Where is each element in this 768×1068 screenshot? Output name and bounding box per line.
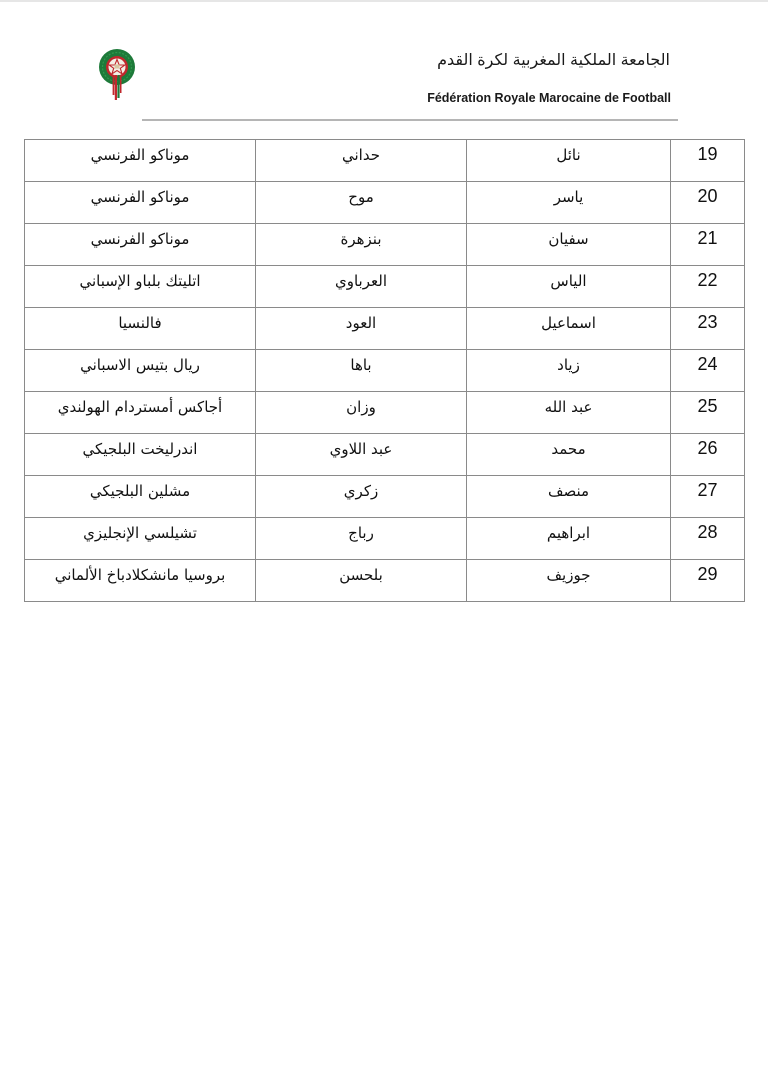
first-name-cell: ياسر bbox=[467, 182, 671, 224]
federation-title-arabic: الجامعة الملكية المغربية لكرة القدم bbox=[437, 50, 670, 70]
club-cell: بروسيا مانشكلادباخ الألماني bbox=[25, 560, 256, 602]
first-name-cell: ابراهيم bbox=[467, 518, 671, 560]
table-row: بروسيا مانشكلادباخ الألماني بلحسن جوزيف … bbox=[25, 560, 745, 602]
first-name-cell: محمد bbox=[467, 434, 671, 476]
number-cell: 23 bbox=[671, 308, 745, 350]
table-row: فالنسيا العود اسماعيل 23 bbox=[25, 308, 745, 350]
last-name-cell: رباج bbox=[256, 518, 467, 560]
last-name-cell: بلحسن bbox=[256, 560, 467, 602]
club-cell: موناكو الفرنسي bbox=[25, 140, 256, 182]
club-cell: اتليتك بلباو الإسباني bbox=[25, 266, 256, 308]
federation-title-french: Fédération Royale Marocaine de Football bbox=[427, 91, 671, 105]
last-name-cell: وزان bbox=[256, 392, 467, 434]
club-cell: فالنسيا bbox=[25, 308, 256, 350]
header-divider bbox=[142, 119, 678, 121]
number-cell: 25 bbox=[671, 392, 745, 434]
first-name-cell: نائل bbox=[467, 140, 671, 182]
first-name-cell: جوزيف bbox=[467, 560, 671, 602]
first-name-cell: سفيان bbox=[467, 224, 671, 266]
table-row: اتليتك بلباو الإسباني العرباوي الياس 22 bbox=[25, 266, 745, 308]
club-cell: ريال بتيس الاسباني bbox=[25, 350, 256, 392]
table-row: موناكو الفرنسي موح ياسر 20 bbox=[25, 182, 745, 224]
table-row: اندرليخت البلجيكي عبد اللاوي محمد 26 bbox=[25, 434, 745, 476]
number-cell: 21 bbox=[671, 224, 745, 266]
table-row: موناكو الفرنسي بنزهرة سفيان 21 bbox=[25, 224, 745, 266]
table-row: موناكو الفرنسي حداني نائل 19 bbox=[25, 140, 745, 182]
first-name-cell: زياد bbox=[467, 350, 671, 392]
table-row: أجاكس أمستردام الهولندي وزان عبد الله 25 bbox=[25, 392, 745, 434]
last-name-cell: حداني bbox=[256, 140, 467, 182]
club-cell: تشيلسي الإنجليزي bbox=[25, 518, 256, 560]
number-cell: 24 bbox=[671, 350, 745, 392]
number-cell: 28 bbox=[671, 518, 745, 560]
last-name-cell: موح bbox=[256, 182, 467, 224]
last-name-cell: العرباوي bbox=[256, 266, 467, 308]
club-cell: مشلين البلجيكي bbox=[25, 476, 256, 518]
number-cell: 19 bbox=[671, 140, 745, 182]
club-cell: موناكو الفرنسي bbox=[25, 182, 256, 224]
last-name-cell: عبد اللاوي bbox=[256, 434, 467, 476]
table-row: مشلين البلجيكي زكري منصف 27 bbox=[25, 476, 745, 518]
club-cell: اندرليخت البلجيكي bbox=[25, 434, 256, 476]
table-row: تشيلسي الإنجليزي رباج ابراهيم 28 bbox=[25, 518, 745, 560]
number-cell: 27 bbox=[671, 476, 745, 518]
first-name-cell: الياس bbox=[467, 266, 671, 308]
club-cell: موناكو الفرنسي bbox=[25, 224, 256, 266]
number-cell: 29 bbox=[671, 560, 745, 602]
number-cell: 26 bbox=[671, 434, 745, 476]
last-name-cell: بنزهرة bbox=[256, 224, 467, 266]
player-roster-table: موناكو الفرنسي حداني نائل 19 موناكو الفر… bbox=[24, 139, 745, 602]
last-name-cell: باها bbox=[256, 350, 467, 392]
number-cell: 20 bbox=[671, 182, 745, 224]
number-cell: 22 bbox=[671, 266, 745, 308]
first-name-cell: اسماعيل bbox=[467, 308, 671, 350]
club-cell: أجاكس أمستردام الهولندي bbox=[25, 392, 256, 434]
first-name-cell: منصف bbox=[467, 476, 671, 518]
first-name-cell: عبد الله bbox=[467, 392, 671, 434]
frmf-crest-icon bbox=[97, 48, 139, 104]
page-top-edge bbox=[0, 0, 768, 2]
table-row: ريال بتيس الاسباني باها زياد 24 bbox=[25, 350, 745, 392]
last-name-cell: العود bbox=[256, 308, 467, 350]
last-name-cell: زكري bbox=[256, 476, 467, 518]
